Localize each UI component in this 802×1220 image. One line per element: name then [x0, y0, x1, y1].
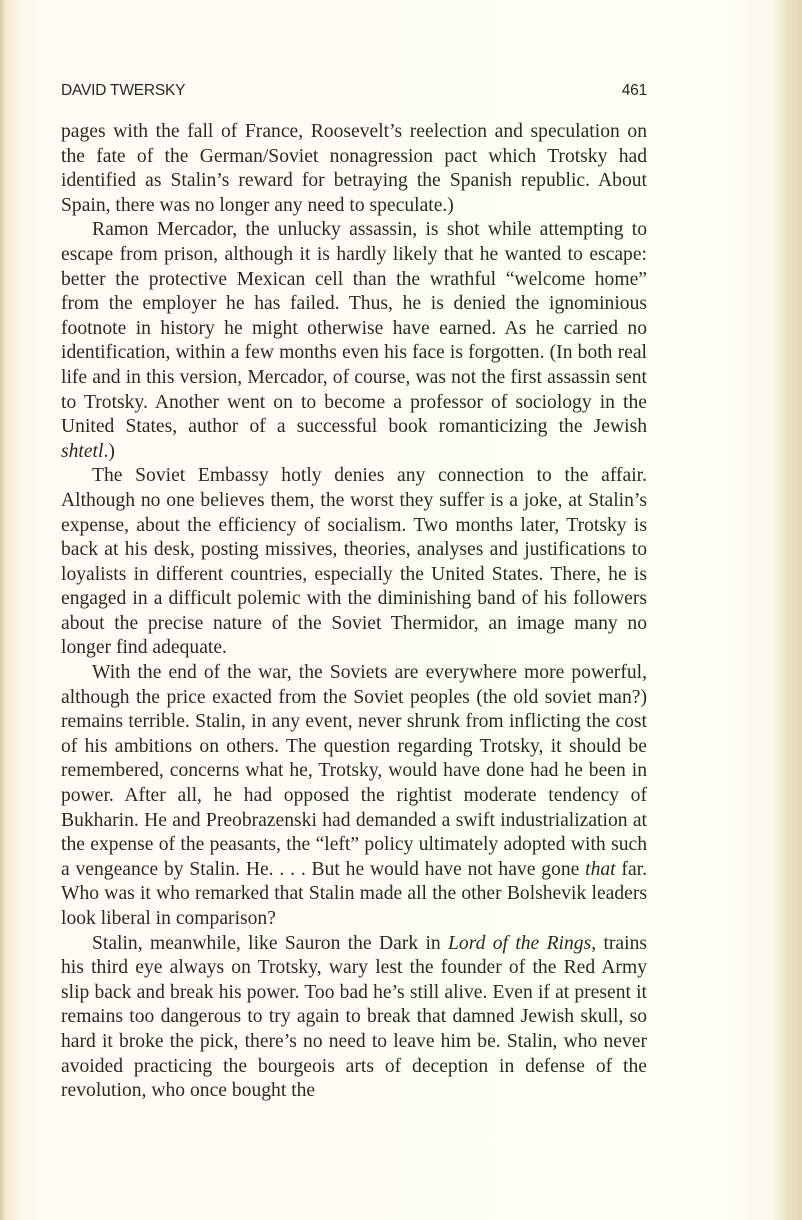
text-segment: , trains his third eye always on Trotsky… [61, 933, 647, 1102]
running-head-author: DAVID TWERSKY [61, 82, 185, 100]
running-head: DAVID TWERSKY 461 [61, 82, 647, 100]
paragraph: Ramon Mercador, the unlucky assassin, is… [61, 218, 647, 464]
paragraph: The Soviet Embassy hotly denies any conn… [61, 464, 647, 661]
page-gutter-shadow [0, 0, 6, 1220]
italic-term: shtetl [61, 441, 103, 462]
text-segment: pages with the fall of France, Roosevelt… [61, 121, 647, 216]
text-segment: With the end of the war, the Soviets are… [61, 662, 647, 880]
text-segment: Ramon Mercador, the unlucky assassin, is… [61, 219, 647, 437]
paragraph: Stalin, meanwhile, like Sauron the Dark … [61, 932, 647, 1104]
text-segment: The Soviet Embassy hotly denies any conn… [61, 465, 647, 658]
italic-title: Lord of the Rings [448, 933, 591, 954]
page-number: 461 [622, 82, 647, 100]
text-segment: Stalin, meanwhile, like Sauron the Dark … [92, 933, 448, 954]
paragraph: pages with the fall of France, Roosevelt… [61, 120, 647, 218]
body-text: pages with the fall of France, Roosevelt… [61, 120, 647, 1104]
book-page: DAVID TWERSKY 461 pages with the fall of… [0, 0, 802, 1220]
paragraph: With the end of the war, the Soviets are… [61, 661, 647, 932]
page-edge-shadow [780, 0, 802, 1220]
italic-emphasis: that [585, 859, 615, 880]
text-segment: .) [103, 441, 114, 462]
